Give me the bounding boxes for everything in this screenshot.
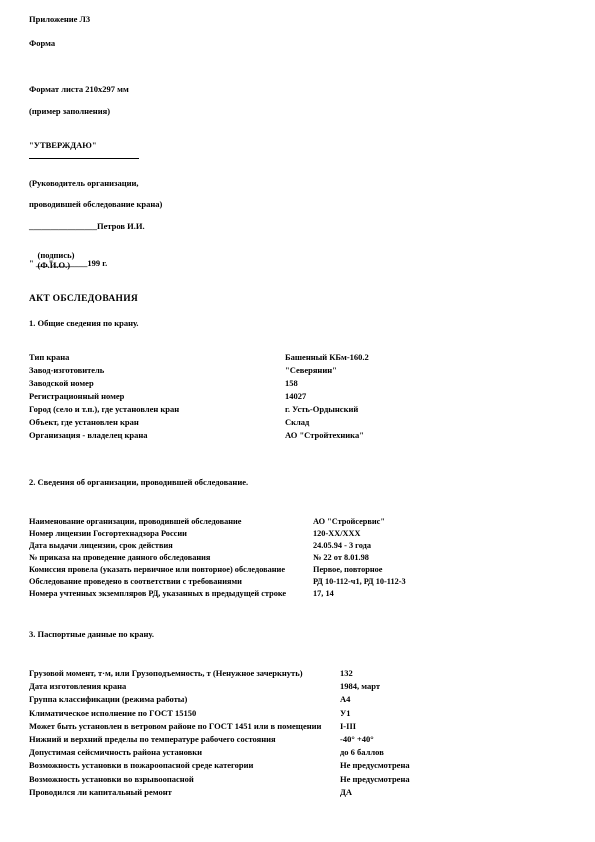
form-label: Форма bbox=[29, 38, 55, 48]
table-row: Дата изготовления крана1984, март bbox=[29, 680, 575, 693]
row-value: 132 bbox=[340, 667, 353, 680]
row-label: Номера учтенных экземпляров РД, указанны… bbox=[29, 588, 313, 600]
sheet-format-note: Формат листа 210х297 мм bbox=[29, 84, 129, 94]
table-row: № приказа на проведение данного обследов… bbox=[29, 552, 575, 564]
table-row: Номер лицензии Госгортехнадзора России12… bbox=[29, 528, 575, 540]
row-label: Дата изготовления крана bbox=[29, 680, 340, 693]
row-value: г. Усть-Ордынский bbox=[285, 403, 358, 416]
row-value: 24.05.94 - 3 года bbox=[313, 540, 371, 552]
section1-heading: 1. Общие сведения по крану. bbox=[29, 318, 139, 328]
row-label: Завод-изготовитель bbox=[29, 364, 285, 377]
row-label: Нижний и верхний пределы по температуре … bbox=[29, 733, 340, 746]
section3-heading: 3. Паспортные данные по крану. bbox=[29, 629, 154, 639]
approver-role-line2: проводившей обследование крана) bbox=[29, 199, 162, 209]
signature-line: ________________Петров И.И. bbox=[29, 221, 145, 231]
document-page: Приложение Л3 Форма Формат листа 210х297… bbox=[0, 0, 595, 842]
row-value: 1984, март bbox=[340, 680, 380, 693]
table-row: Организация - владелец кранаАО "Стройтех… bbox=[29, 429, 575, 442]
row-value: I-III bbox=[340, 720, 356, 733]
doc-title: АКТ ОБСЛЕДОВАНИЯ bbox=[29, 294, 138, 304]
table-row: Возможность установки во взрывоопаснойНе… bbox=[29, 773, 575, 786]
table-row: Комиссия провела (указать первичное или … bbox=[29, 564, 575, 576]
row-label: Дата выдачи лицензии, срок действия bbox=[29, 540, 313, 552]
approve-word: "УТВЕРЖДАЮ" bbox=[29, 140, 97, 150]
row-label: Допустимая сейсмичность района установки bbox=[29, 746, 340, 759]
table-row: Проводился ли капитальный ремонтДА bbox=[29, 786, 575, 799]
table-row: Возможность установки в пожароопасной ср… bbox=[29, 759, 575, 772]
row-label: Грузовой момент, т·м, или Грузоподъемнос… bbox=[29, 667, 340, 680]
table-row: Группа классификации (режима работы)А4 bbox=[29, 693, 575, 706]
table-row: Наименование организации, проводившей об… bbox=[29, 516, 575, 528]
row-value: № 22 от 8.01.98 bbox=[313, 552, 369, 564]
row-value: ДА bbox=[340, 786, 352, 799]
fill-example-note: (пример заполнения) bbox=[29, 106, 110, 116]
section2-heading: 2. Сведения об организации, проводившей … bbox=[29, 477, 248, 487]
table-row: Регистрационный номер14027 bbox=[29, 390, 575, 403]
row-value: 120-ХХ/ХХХ bbox=[313, 528, 360, 540]
row-value: АО "Стройтехника" bbox=[285, 429, 364, 442]
row-value: 14027 bbox=[285, 390, 306, 403]
table-row: Номера учтенных экземпляров РД, указанны… bbox=[29, 588, 575, 600]
row-value: Первое, повторное bbox=[313, 564, 383, 576]
date-line: " ___"________199 г. bbox=[29, 258, 107, 268]
section1-table: Тип кранаБашенный КБм-160.2 Завод-изгото… bbox=[29, 351, 575, 442]
row-value: АО "Стройсервис" bbox=[313, 516, 385, 528]
table-row: Завод-изготовитель"Северянин" bbox=[29, 364, 575, 377]
row-label: Тип крана bbox=[29, 351, 285, 364]
row-label: Объект, где установлен кран bbox=[29, 416, 285, 429]
row-value: 17, 14 bbox=[313, 588, 334, 600]
row-label: Обследование проведено в соответствии с … bbox=[29, 576, 313, 588]
section3-table: Грузовой момент, т·м, или Грузоподъемнос… bbox=[29, 667, 575, 799]
row-value: -40° +40° bbox=[340, 733, 374, 746]
row-label: Организация - владелец крана bbox=[29, 429, 285, 442]
row-label: Возможность установки в пожароопасной ср… bbox=[29, 759, 340, 772]
table-row: Заводской номер158 bbox=[29, 377, 575, 390]
row-value: 158 bbox=[285, 377, 298, 390]
table-row: Нижний и верхний пределы по температуре … bbox=[29, 733, 575, 746]
row-value: А4 bbox=[340, 693, 350, 706]
section2-table: Наименование организации, проводившей об… bbox=[29, 516, 575, 600]
row-label: Наименование организации, проводившей об… bbox=[29, 516, 313, 528]
row-value: РД 10-112-ч1, РД 10-112-3 bbox=[313, 576, 406, 588]
table-row: Грузовой момент, т·м, или Грузоподъемнос… bbox=[29, 667, 575, 680]
table-row: Объект, где установлен кранСклад bbox=[29, 416, 575, 429]
table-row: Обследование проведено в соответствии с … bbox=[29, 576, 575, 588]
row-label: Группа классификации (режима работы) bbox=[29, 693, 340, 706]
row-label: Может быть установлен в ветровом районе … bbox=[29, 720, 340, 733]
row-label: Номер лицензии Госгортехнадзора России bbox=[29, 528, 313, 540]
row-value: "Северянин" bbox=[285, 364, 337, 377]
approver-role-line1: (Руководитель организации, bbox=[29, 178, 139, 188]
table-row: Допустимая сейсмичность района установки… bbox=[29, 746, 575, 759]
row-value: У1 bbox=[340, 707, 351, 720]
row-label: Комиссия провела (указать первичное или … bbox=[29, 564, 313, 576]
row-value: до 6 баллов bbox=[340, 746, 384, 759]
row-value: Не предусмотрена bbox=[340, 759, 410, 772]
row-value: Склад bbox=[285, 416, 309, 429]
row-value: Не предусмотрена bbox=[340, 773, 410, 786]
table-row: Город (село и т.п.), где установлен кран… bbox=[29, 403, 575, 416]
row-label: Возможность установки во взрывоопасной bbox=[29, 773, 340, 786]
row-label: Город (село и т.п.), где установлен кран bbox=[29, 403, 285, 416]
table-row: Тип кранаБашенный КБм-160.2 bbox=[29, 351, 575, 364]
row-label: Регистрационный номер bbox=[29, 390, 285, 403]
table-row: Климатическое исполнение по ГОСТ 15150У1 bbox=[29, 707, 575, 720]
row-label: Проводился ли капитальный ремонт bbox=[29, 786, 340, 799]
row-label: № приказа на проведение данного обследов… bbox=[29, 552, 313, 564]
row-value: Башенный КБм-160.2 bbox=[285, 351, 369, 364]
approver-blank-line bbox=[29, 158, 139, 159]
row-label: Климатическое исполнение по ГОСТ 15150 bbox=[29, 707, 340, 720]
table-row: Может быть установлен в ветровом районе … bbox=[29, 720, 575, 733]
table-row: Дата выдачи лицензии, срок действия24.05… bbox=[29, 540, 575, 552]
appendix-label: Приложение Л3 bbox=[29, 14, 90, 24]
row-label: Заводской номер bbox=[29, 377, 285, 390]
